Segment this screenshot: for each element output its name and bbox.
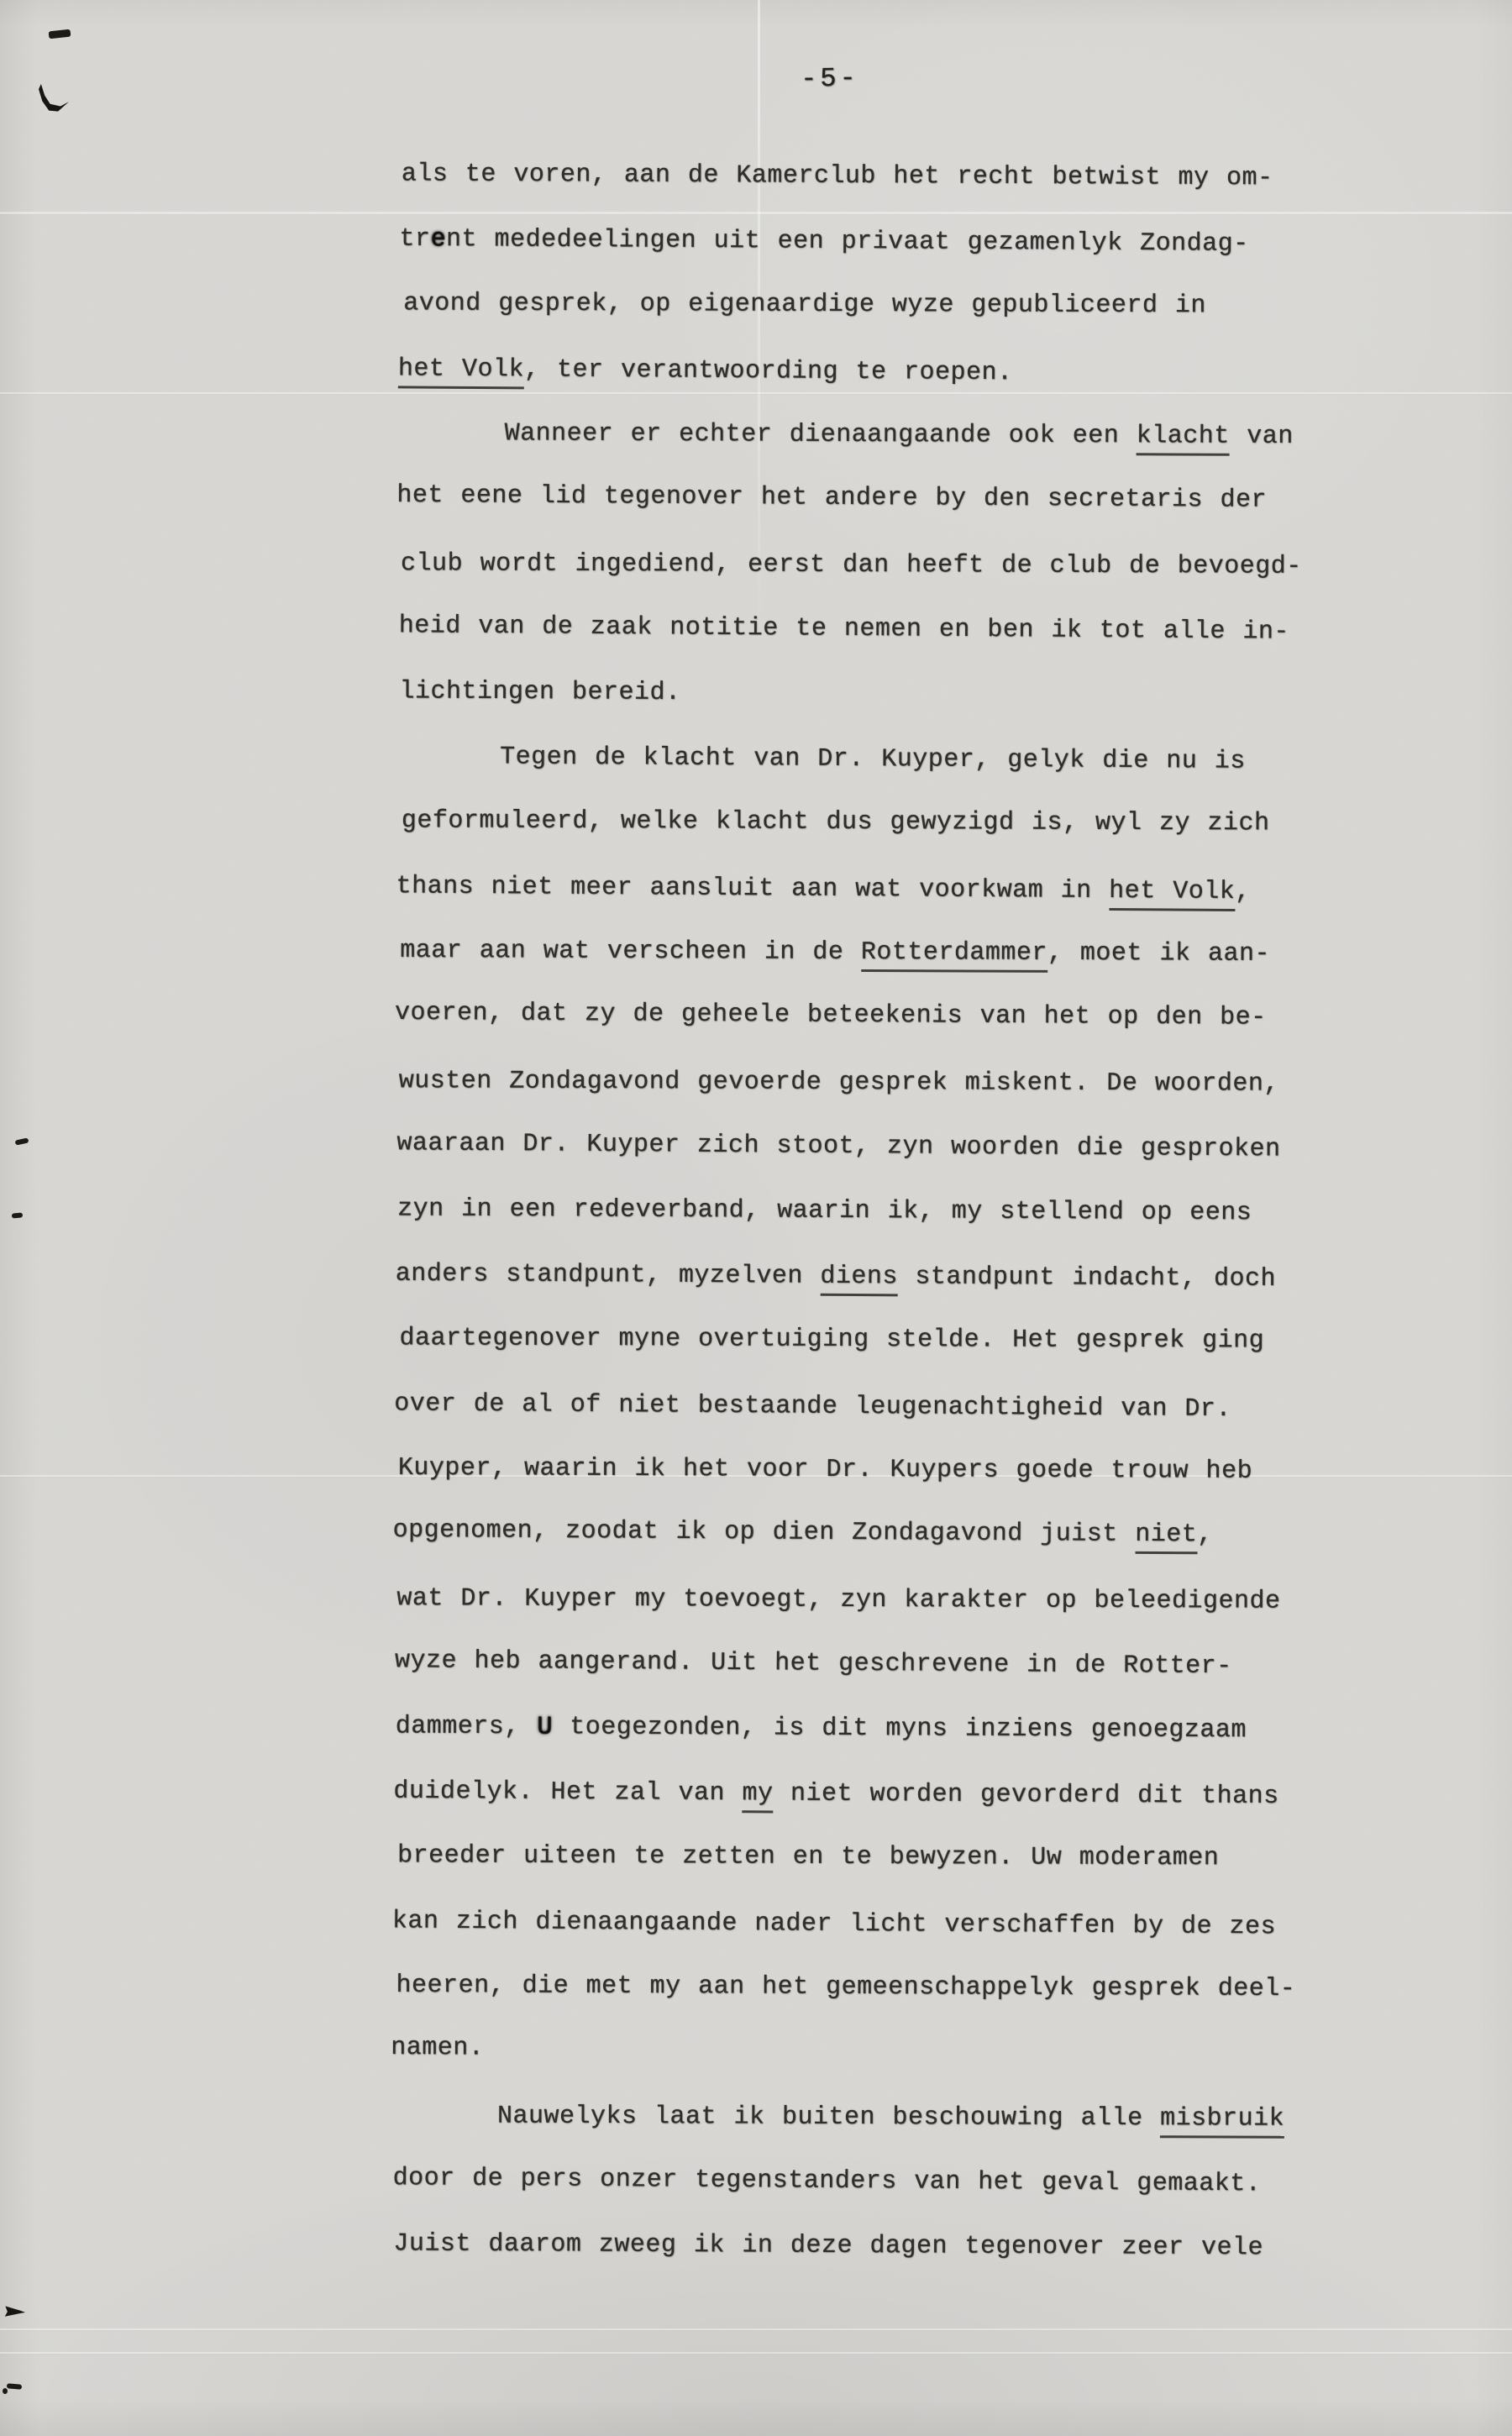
text-line: Tegen de klacht van Dr. Kuyper, gelyk di…	[397, 725, 1305, 795]
text-segment: Wanneer er echter dienaangaande ook een	[505, 419, 1137, 450]
text-line: opgenomen, zoodat ik op dien Zondagavond…	[392, 1499, 1299, 1568]
text-line: waaraan Dr. Kuyper zich stoot, zyn woord…	[396, 1111, 1305, 1183]
overstruck-text: e	[430, 225, 446, 254]
text-line: zyn in een redeverband, waarin ik, my st…	[397, 1177, 1305, 1246]
text-line: het Volk, ter verantwoording te roepen.	[398, 337, 1305, 407]
text-segment: door de pers onzer tegenstanders van het…	[393, 2164, 1262, 2198]
document-text: als te voren, aan de Kamerclub het recht…	[393, 143, 1309, 2281]
text-segment: ,	[1235, 878, 1251, 906]
text-line: als te voren, aan de Kamerclub het recht…	[402, 142, 1309, 211]
underlined-text: het Volk	[1109, 877, 1235, 911]
ink-mark	[12, 1212, 23, 1218]
ink-mark	[5, 2306, 26, 2318]
text-segment: thans niet meer aansluit aan wat voorkwa…	[396, 872, 1109, 906]
text-line: Juist daarom zweeg ik in deze dagen tege…	[393, 2212, 1300, 2281]
text-line: thans niet meer aansluit aan wat voorkwa…	[396, 854, 1303, 925]
text-segment: toegezonden, is dit myns inziens genoegz…	[553, 1713, 1247, 1745]
text-segment: het eene lid tegenover het andere by den…	[396, 481, 1267, 515]
text-line: breeder uiteen te zetten en te bewyzen. …	[397, 1824, 1305, 1891]
text-segment: geformuleerd, welke klacht dus gewyzigd …	[402, 806, 1270, 837]
text-line: anders standpunt, myzelven diens standpu…	[396, 1242, 1303, 1312]
text-segment: ,	[1197, 1520, 1213, 1549]
text-segment: anders standpunt, myzelven	[396, 1260, 821, 1291]
text-line: maar aan wat verscheen in de Rotterdamme…	[400, 919, 1307, 987]
ink-mark	[3, 2388, 8, 2394]
text-segment: , moet ik aan-	[1047, 939, 1270, 969]
text-segment: over de al of niet bestaande leugenachti…	[394, 1389, 1231, 1424]
text-segment: wusten Zondagavond gevoerde gesprek misk…	[399, 1067, 1279, 1098]
text-segment: lichtingen bereid.	[399, 677, 680, 707]
text-segment: dammers,	[396, 1712, 538, 1741]
underlined-text: Rotterdammer	[861, 938, 1047, 973]
text-line: wusten Zondagavond gevoerde gesprek misk…	[399, 1049, 1306, 1117]
text-line: dammers, U toegezonden, is dit myns inzi…	[396, 1694, 1303, 1763]
text-segment: maar aan wat verscheen in de	[400, 937, 861, 967]
text-line: lichtingen bereid.	[399, 659, 1306, 728]
text-segment: wyze heb aangerand. Uit het geschrevene …	[395, 1646, 1232, 1681]
text-segment: daartegenover myne overtuiging stelde. H…	[399, 1324, 1264, 1355]
text-segment: nt mededeelingen uit een privaat gezamen…	[446, 225, 1249, 259]
underlined-text: klacht	[1137, 422, 1230, 455]
text-segment: namen.	[391, 2034, 484, 2063]
text-line: het eene lid tegenover het andere by den…	[396, 464, 1304, 533]
text-line: daartegenover myne overtuiging stelde. H…	[399, 1306, 1306, 1373]
text-line: heid van de zaak notitie te nemen en ben…	[399, 594, 1307, 665]
text-segment: Kuyper, waarin ik het voor Dr. Kuypers g…	[398, 1454, 1252, 1486]
text-segment: club wordt ingediend, eerst dan heeft de…	[401, 549, 1302, 581]
text-line: trent mededeelingen uit een privaat geza…	[399, 207, 1306, 277]
ink-mark	[39, 84, 69, 113]
ink-mark	[7, 2383, 22, 2390]
text-line: wat Dr. Kuyper my toevoegt, zyn karakter…	[396, 1567, 1304, 1635]
text-segment: van	[1230, 423, 1294, 451]
overstruck-text: U	[537, 1713, 553, 1741]
text-segment: opgenomen, zoodat ik op dien Zondagavond…	[393, 1516, 1136, 1549]
text-segment: duidelyk. Het zal van	[393, 1777, 742, 1808]
text-line: namen.	[391, 2016, 1298, 2086]
scanned-document-page: -5- als te voren, aan de Kamerclub het r…	[0, 0, 1512, 2436]
scan-line	[0, 2328, 1512, 2330]
scan-line	[0, 2352, 1512, 2354]
text-line: wyze heb aangerand. Uit het geschrevene …	[395, 1629, 1303, 1700]
text-line: door de pers onzer tegenstanders van het…	[392, 2146, 1300, 2218]
text-segment: standpunt indacht, doch	[898, 1263, 1276, 1294]
text-segment: kan zich dienaangaande nader licht versc…	[392, 1907, 1276, 1941]
text-segment: niet worden gevorderd dit thans	[773, 1779, 1278, 1811]
text-segment: tr	[399, 225, 430, 254]
text-line: kan zich dienaangaande nader licht versc…	[392, 1889, 1299, 1960]
text-line: avond gesprek, op eigenaardige wyze gepu…	[403, 271, 1310, 339]
ink-mark	[15, 1137, 29, 1145]
paragraph: Tegen de klacht van Dr. Kuyper, gelyk di…	[394, 725, 1306, 2087]
underlined-text: niet	[1135, 1520, 1197, 1554]
text-segment: heid van de zaak notitie te nemen en ben…	[399, 612, 1289, 646]
ink-mark	[49, 29, 71, 39]
text-segment: Tegen de klacht van Dr. Kuyper, gelyk di…	[500, 743, 1246, 776]
text-segment: zyn in een redeverband, waarin ik, my st…	[397, 1194, 1252, 1227]
text-line: geformuleerd, welke klacht dus gewyzigd …	[402, 789, 1309, 856]
underlined-text: misbruik	[1160, 2104, 1284, 2138]
paragraph: Wanneer er echter dienaangaande ook een …	[399, 402, 1307, 728]
underlined-text: diens	[820, 1263, 898, 1297]
text-segment: avond gesprek, op eigenaardige wyze gepu…	[403, 289, 1206, 320]
paragraph: als te voren, aan de Kamerclub het recht…	[401, 143, 1309, 405]
text-segment: , ter verantwoording te roepen.	[524, 355, 1013, 387]
text-segment: voeren, dat zy de geheele beteekenis van…	[395, 999, 1267, 1032]
text-line: voeren, dat zy de geheele beteekenis van…	[395, 981, 1302, 1051]
text-line: Wanneer er echter dienaangaande ook een …	[402, 402, 1310, 470]
underlined-text: my	[742, 1779, 773, 1813]
text-line: Nauwelyks laat ik buiten beschouwing all…	[395, 2084, 1302, 2152]
underlined-text: het Volk	[398, 354, 524, 389]
page-number: -5-	[788, 65, 873, 93]
text-segment: Juist daarom zweeg ik in deze dagen tege…	[393, 2229, 1263, 2262]
text-segment: wat Dr. Kuyper my toevoegt, zyn karakter…	[396, 1584, 1280, 1615]
text-segment: breeder uiteen te zetten en te bewyzen. …	[397, 1841, 1219, 1872]
text-line: club wordt ingediend, eerst dan heeft de…	[401, 532, 1308, 600]
text-segment: heeren, die met my aan het gemeenschappe…	[396, 1971, 1296, 2003]
text-segment: Nauwelyks laat ik buiten beschouwing all…	[497, 2103, 1160, 2134]
text-line: Kuyper, waarin ik het voor Dr. Kuypers g…	[398, 1436, 1305, 1504]
paragraph: Nauwelyks laat ik buiten beschouwing all…	[393, 2083, 1301, 2281]
text-line: over de al of niet bestaande leugenachti…	[394, 1372, 1301, 1442]
text-segment: als te voren, aan de Kamerclub het recht…	[402, 160, 1273, 192]
text-line: duidelyk. Het zal van my niet worden gev…	[393, 1760, 1300, 1830]
text-line: heeren, die met my aan het gemeenschappe…	[396, 1954, 1303, 2022]
text-segment: waaraan Dr. Kuyper zich stoot, zyn woord…	[396, 1129, 1280, 1163]
